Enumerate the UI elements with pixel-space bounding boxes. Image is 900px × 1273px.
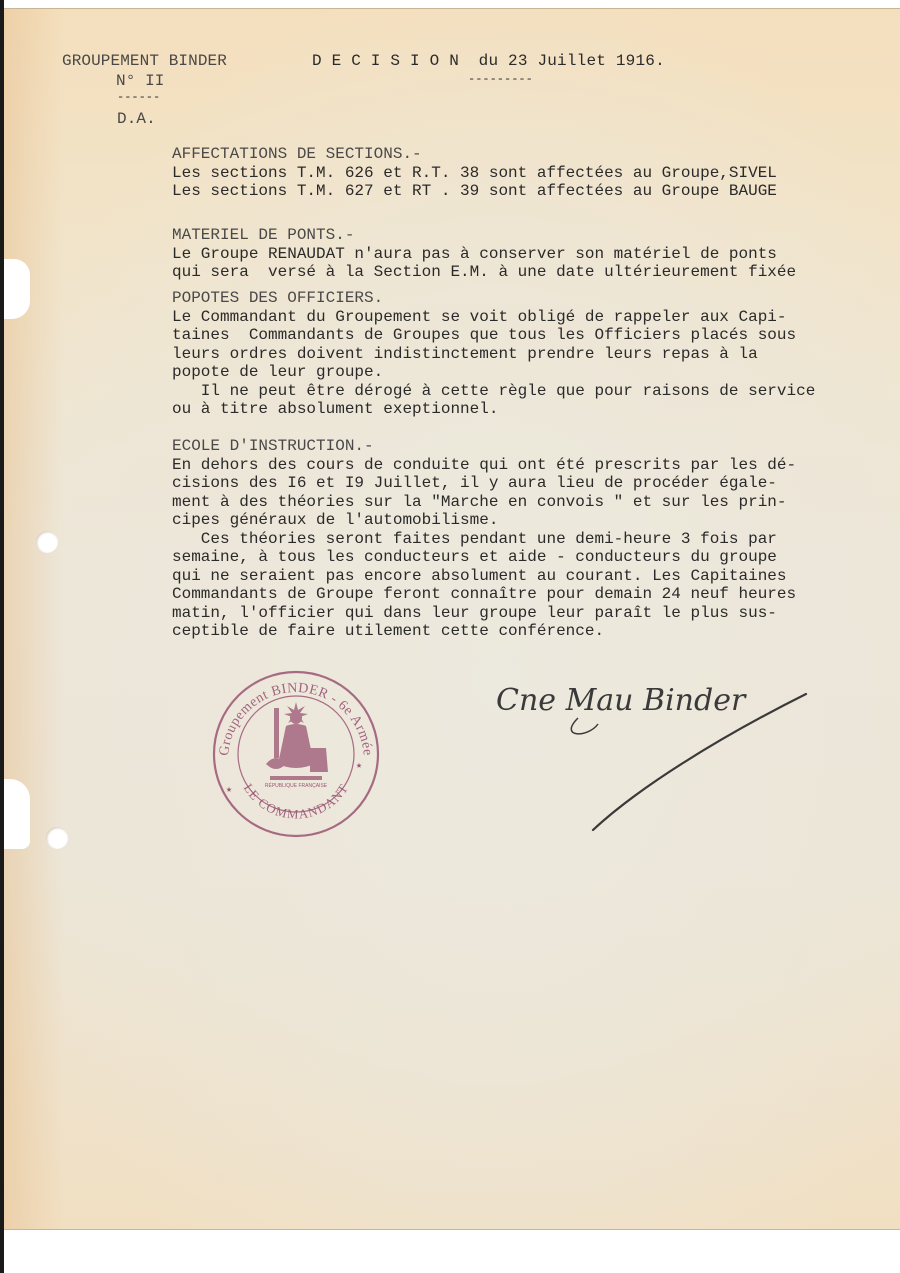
text-line: Le Commandant du Groupement se voit obli… (172, 308, 815, 327)
organisation-number: N° II (116, 72, 165, 91)
text-line: En dehors des cours de conduite qui ont … (172, 456, 796, 475)
marianne-figure-icon (266, 702, 328, 780)
section-affectations: AFFECTATIONS DE SECTIONS.-Les sections T… (172, 145, 777, 201)
section-popotes: POPOTES DES OFFICIERS.Le Commandant du G… (172, 289, 815, 419)
signature-loop (571, 718, 598, 734)
text-line: Les sections T.M. 626 et R.T. 38 sont af… (172, 164, 777, 183)
text-line: cisions des I6 et I9 Juillet, il y aura … (172, 474, 796, 493)
punch-hole (46, 827, 68, 849)
torn-edge (4, 259, 30, 319)
section-ecole: ECOLE D'INSTRUCTION.-En dehors des cours… (172, 437, 796, 641)
text-line: Commandants de Groupe feront connaître p… (172, 585, 796, 604)
torn-edge (4, 779, 30, 849)
text-line: popote de leur groupe. (172, 363, 815, 382)
service-code: D.A. (117, 110, 156, 129)
punch-hole (36, 531, 58, 553)
text-line: semaine, à tous les conducteurs et aide … (172, 548, 796, 567)
section-heading: AFFECTATIONS DE SECTIONS.- (172, 145, 777, 164)
header-divider: ------ (117, 90, 160, 104)
section-materiel-ponts: MATERIEL DE PONTS.-Le Groupe RENAUDAT n'… (172, 226, 796, 282)
official-stamp: Groupement BINDER - 6e Armée LE COMMANDA… (206, 668, 386, 840)
text-line: Le Groupe RENAUDAT n'aura pas à conserve… (172, 245, 796, 264)
signature-text: Cne Mau Binder (496, 683, 747, 718)
text-line: taines Commandants de Groupes que tous l… (172, 326, 815, 345)
text-line: Il ne peut être dérogé à cette règle que… (172, 382, 815, 401)
star-icon: ★ (356, 761, 362, 772)
title-underline: --------- (468, 72, 533, 86)
document-date: du 23 Juillet 1916. (479, 52, 665, 70)
section-heading: ECOLE D'INSTRUCTION.- (172, 437, 796, 456)
text-line: cipes généraux de l'automobilisme. (172, 511, 796, 530)
text-line: qui ne seraient pas encore absolument au… (172, 567, 796, 586)
organisation-name: GROUPEMENT BINDER (62, 52, 227, 71)
section-heading: MATERIEL DE PONTS.- (172, 226, 796, 245)
paper-stain (4, 9, 64, 1229)
text-line: ceptible de faire utilement cette confér… (172, 622, 796, 641)
title-word: D E C I S I O N (312, 52, 459, 70)
text-line: qui sera versé à la Section E.M. à une d… (172, 263, 796, 282)
star-icon: ★ (226, 785, 232, 796)
stamp-inner-text: RÉPUBLIQUE FRANÇAISE (265, 782, 328, 789)
text-line: ou à titre absolument exeptionnel. (172, 400, 815, 419)
handwritten-signature: Cne Mau Binder (488, 668, 818, 838)
document-title: D E C I S I O N du 23 Juillet 1916. (312, 52, 665, 71)
text-line: leurs ordres doivent indistinctement pre… (172, 345, 815, 364)
section-heading: POPOTES DES OFFICIERS. (172, 289, 815, 308)
text-line: matin, l'officier qui dans leur groupe l… (172, 604, 796, 623)
text-line: ment à des théories sur la "Marche en co… (172, 493, 796, 512)
text-line: Ces théories seront faites pendant une d… (172, 530, 796, 549)
text-line: Les sections T.M. 627 et RT . 39 sont af… (172, 182, 777, 201)
